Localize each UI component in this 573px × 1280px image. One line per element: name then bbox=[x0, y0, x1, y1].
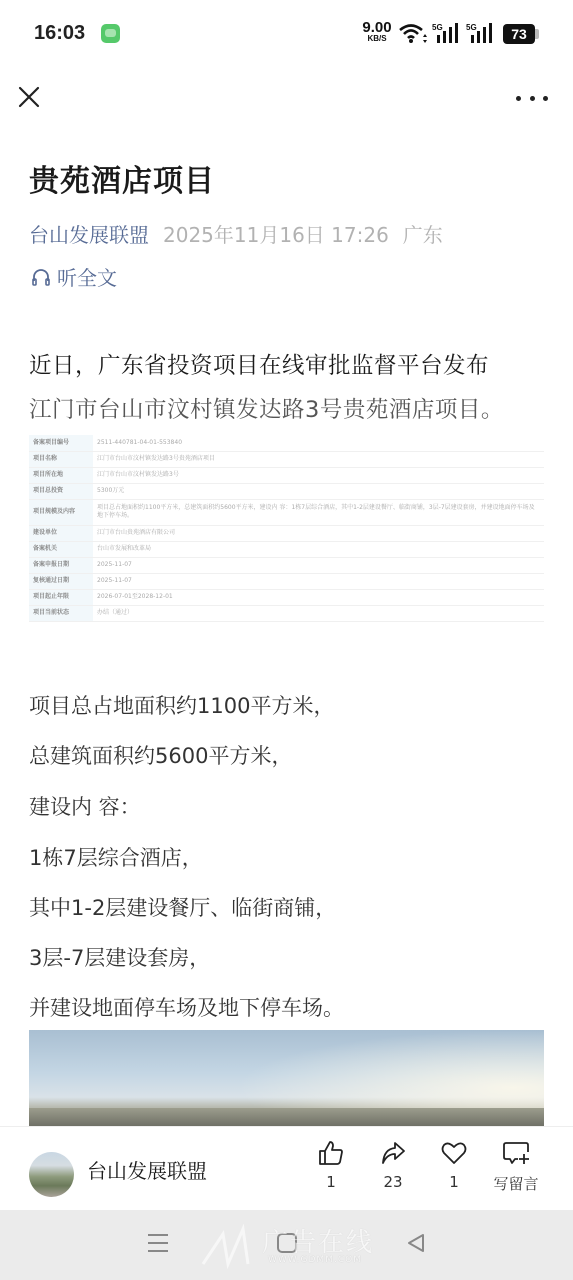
like-count: 1 bbox=[301, 1173, 361, 1191]
table-value: 江门市台山贵苑酒店有限公司 bbox=[93, 525, 544, 541]
favorite-button[interactable]: 1 bbox=[424, 1139, 484, 1191]
network-speed: 9.00 KB/S bbox=[360, 20, 394, 43]
thumbs-up-icon bbox=[317, 1139, 345, 1167]
listen-full-text-button[interactable]: 听全文 bbox=[31, 262, 117, 291]
cellular-signal-1-icon: 5G bbox=[432, 22, 460, 44]
table-key: 项目所在地 bbox=[29, 467, 93, 483]
svg-text:5G: 5G bbox=[466, 23, 477, 32]
paragraph-line: 并建设地面停车场及地下停车场。 bbox=[29, 992, 549, 1022]
table-value: 办结（通过） bbox=[93, 605, 544, 621]
table-row: 项目总投资5300万元 bbox=[29, 483, 544, 499]
lead-paragraph: 近日，广东省投资项目在线审批监督平台发布 江门市台山市汶村镇发达路3号贵苑酒店项… bbox=[29, 344, 549, 432]
table-row: 项目名称江门市台山市汶村镇发达路3号贵苑酒店项目 bbox=[29, 451, 544, 467]
table-row: 建设单位江门市台山贵苑酒店有限公司 bbox=[29, 525, 544, 541]
table-value: 江门市台山市汶村镇发达路3号 bbox=[93, 467, 544, 483]
heart-icon bbox=[440, 1139, 468, 1167]
table-row: 项目所在地江门市台山市汶村镇发达路3号 bbox=[29, 467, 544, 483]
listen-label: 听全文 bbox=[57, 262, 117, 291]
author-link[interactable]: 台山发展联盟 bbox=[29, 223, 149, 247]
home-button[interactable] bbox=[277, 1233, 297, 1253]
favorite-count: 1 bbox=[424, 1173, 484, 1191]
table-value: 江门市台山市汶村镇发达路3号贵苑酒店项目 bbox=[93, 451, 544, 467]
table-key: 建设单位 bbox=[29, 525, 93, 541]
author-avatar[interactable] bbox=[29, 1152, 74, 1197]
recent-apps-button[interactable] bbox=[148, 1234, 168, 1252]
more-dot-icon bbox=[543, 96, 548, 101]
article-meta: 台山发展联盟2025年11月16日 17:26广东 bbox=[29, 219, 443, 248]
battery-tip bbox=[535, 29, 539, 39]
article-action-bar: 台山发展联盟 1 23 1 写留言 bbox=[0, 1126, 573, 1210]
network-speed-value: 9.00 bbox=[360, 20, 394, 35]
status-time: 16:03 bbox=[34, 22, 85, 45]
table-row: 项目起止年限2026-07-01至2028-12-01 bbox=[29, 589, 544, 605]
close-icon[interactable] bbox=[16, 84, 42, 110]
table-value: 2026-07-01至2028-12-01 bbox=[93, 589, 544, 605]
network-speed-unit: KB/S bbox=[360, 35, 394, 43]
table-row: 备案申报日期2025-11-07 bbox=[29, 557, 544, 573]
paragraph-line: 3层-7层建设套房， bbox=[29, 942, 549, 972]
publish-location: 广东 bbox=[403, 223, 443, 247]
back-triangle-icon[interactable] bbox=[405, 1232, 427, 1254]
menu-line-icon bbox=[148, 1250, 168, 1252]
headphones-icon bbox=[31, 267, 51, 287]
table-row: 复核通过日期2025-11-07 bbox=[29, 573, 544, 589]
system-navigation-bar: 广告在线 WWW.GDMM.COM bbox=[0, 1210, 573, 1280]
svg-text:5G: 5G bbox=[432, 23, 443, 32]
lead-line-2: 江门市台山市汶村镇发达路3号贵苑酒店项目。 bbox=[29, 388, 549, 432]
wifi-icon bbox=[398, 22, 428, 44]
share-button[interactable]: 23 bbox=[363, 1139, 423, 1191]
table-row: 备案机关台山市发展和改革局 bbox=[29, 541, 544, 557]
table-key: 项目规模及内容 bbox=[29, 499, 93, 525]
paragraph-line: 总建筑面积约5600平方米， bbox=[29, 740, 549, 770]
cellular-signal-2-icon: 5G bbox=[466, 22, 494, 44]
comment-add-icon bbox=[501, 1139, 531, 1167]
write-comment-label: 写留言 bbox=[486, 1173, 546, 1194]
paragraph-line: 其中1-2层建设餐厅、临街商铺， bbox=[29, 892, 549, 922]
menu-line-icon bbox=[148, 1242, 168, 1244]
table-key: 备案申报日期 bbox=[29, 557, 93, 573]
landscape-photo[interactable] bbox=[29, 1030, 544, 1126]
battery-icon: 73 bbox=[503, 24, 539, 44]
menu-line-icon bbox=[148, 1234, 168, 1236]
table-value: 5300万元 bbox=[93, 483, 544, 499]
footer-author-name[interactable]: 台山发展联盟 bbox=[87, 1155, 207, 1184]
table-value: 项目总占地面积约1100平方米，总建筑面积约5600平方米，建设内 容：1栋7层… bbox=[93, 499, 544, 525]
table-row: 项目当前状态办结（通过） bbox=[29, 605, 544, 621]
paragraph-line: 项目总占地面积约1100平方米， bbox=[29, 690, 549, 720]
lead-line-1: 近日，广东省投资项目在线审批监督平台发布 bbox=[29, 344, 549, 388]
more-dot-icon bbox=[516, 96, 521, 101]
table-value: 2025-11-07 bbox=[93, 557, 544, 573]
table-value: 2025-11-07 bbox=[93, 573, 544, 589]
table-value: 2511-440781-04-01-553840 bbox=[93, 435, 544, 451]
paragraph-line: 建设内 容： bbox=[29, 791, 549, 821]
paragraph-line: 1栋7层综合酒店， bbox=[29, 842, 549, 872]
table-key: 项目当前状态 bbox=[29, 605, 93, 621]
table-key: 备案项目编号 bbox=[29, 435, 93, 451]
battery-level: 73 bbox=[503, 24, 535, 44]
watermark-url: WWW.GDMM.COM bbox=[268, 1255, 362, 1265]
watermark-logo-icon bbox=[198, 1224, 258, 1270]
share-count: 23 bbox=[363, 1173, 423, 1191]
article-title: 贵苑酒店项目 bbox=[29, 156, 215, 200]
message-notification-icon bbox=[101, 24, 120, 43]
more-options-button[interactable] bbox=[516, 88, 548, 108]
table-key: 项目起止年限 bbox=[29, 589, 93, 605]
table-row: 项目规模及内容项目总占地面积约1100平方米，总建筑面积约5600平方米，建设内… bbox=[29, 499, 544, 525]
table-row: 备案项目编号2511-440781-04-01-553840 bbox=[29, 435, 544, 451]
project-info-table-image: 备案项目编号2511-440781-04-01-553840 项目名称江门市台山… bbox=[29, 435, 544, 622]
table-value: 台山市发展和改革局 bbox=[93, 541, 544, 557]
table-key: 项目名称 bbox=[29, 451, 93, 467]
more-dot-icon bbox=[530, 96, 535, 101]
share-arrow-icon bbox=[379, 1139, 407, 1167]
status-bar: 16:03 9.00 KB/S 5G 5G 73 bbox=[0, 0, 573, 68]
write-comment-button[interactable]: 写留言 bbox=[486, 1139, 546, 1194]
table-key: 项目总投资 bbox=[29, 483, 93, 499]
publish-date: 2025年11月16日 17:26 bbox=[163, 223, 389, 247]
table-key: 复核通过日期 bbox=[29, 573, 93, 589]
like-button[interactable]: 1 bbox=[301, 1139, 361, 1191]
table-key: 备案机关 bbox=[29, 541, 93, 557]
